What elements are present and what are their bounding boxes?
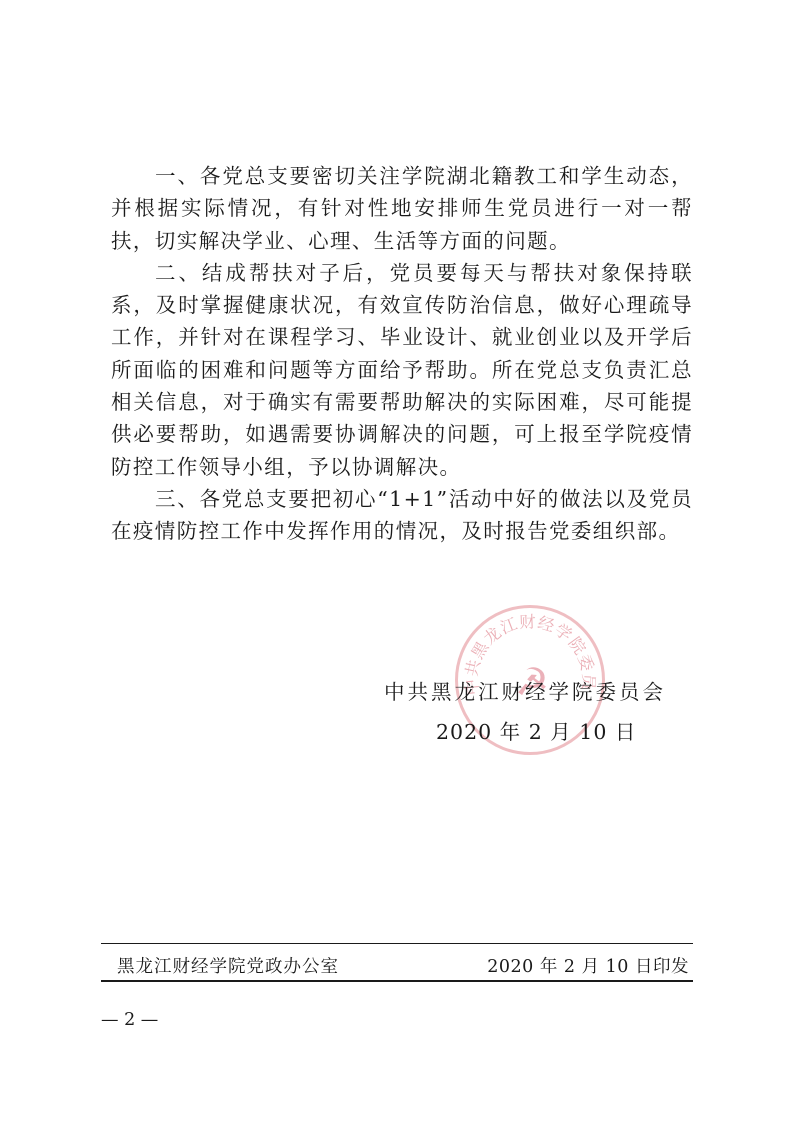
footer-top-rule — [101, 943, 693, 944]
paragraph-1: 一、各党总支要密切关注学院湖北籍教工和学生动态，并根据实际情况，有针对性地安排师… — [111, 160, 693, 257]
signature-organization: 中共黑龙江财经学院委员会 — [384, 675, 666, 705]
document-body: 一、各党总支要密切关注学院湖北籍教工和学生动态，并根据实际情况，有针对性地安排师… — [111, 160, 693, 548]
footer-bottom-rule — [101, 980, 693, 982]
footer-issue-date: 2020 年 2 月 10 日印发 — [487, 953, 689, 978]
page-number: — 2 — — [101, 1010, 158, 1030]
signature-date: 2020 年 2 月 10 日 — [436, 715, 636, 745]
paragraph-3: 三、各党总支要把初心“1+1”活动中好的做法以及党员在疫情防控工作中发挥作用的情… — [111, 483, 693, 548]
footer-issuer: 黑龙江财经学院党政办公室 — [117, 953, 339, 978]
paragraph-2: 二、结成帮扶对子后，党员要每天与帮扶对象保持联系，及时掌握健康状况，有效宣传防治… — [111, 257, 693, 483]
document-page: 一、各党总支要密切关注学院湖北籍教工和学生动态，并根据实际情况，有针对性地安排师… — [0, 0, 793, 1122]
